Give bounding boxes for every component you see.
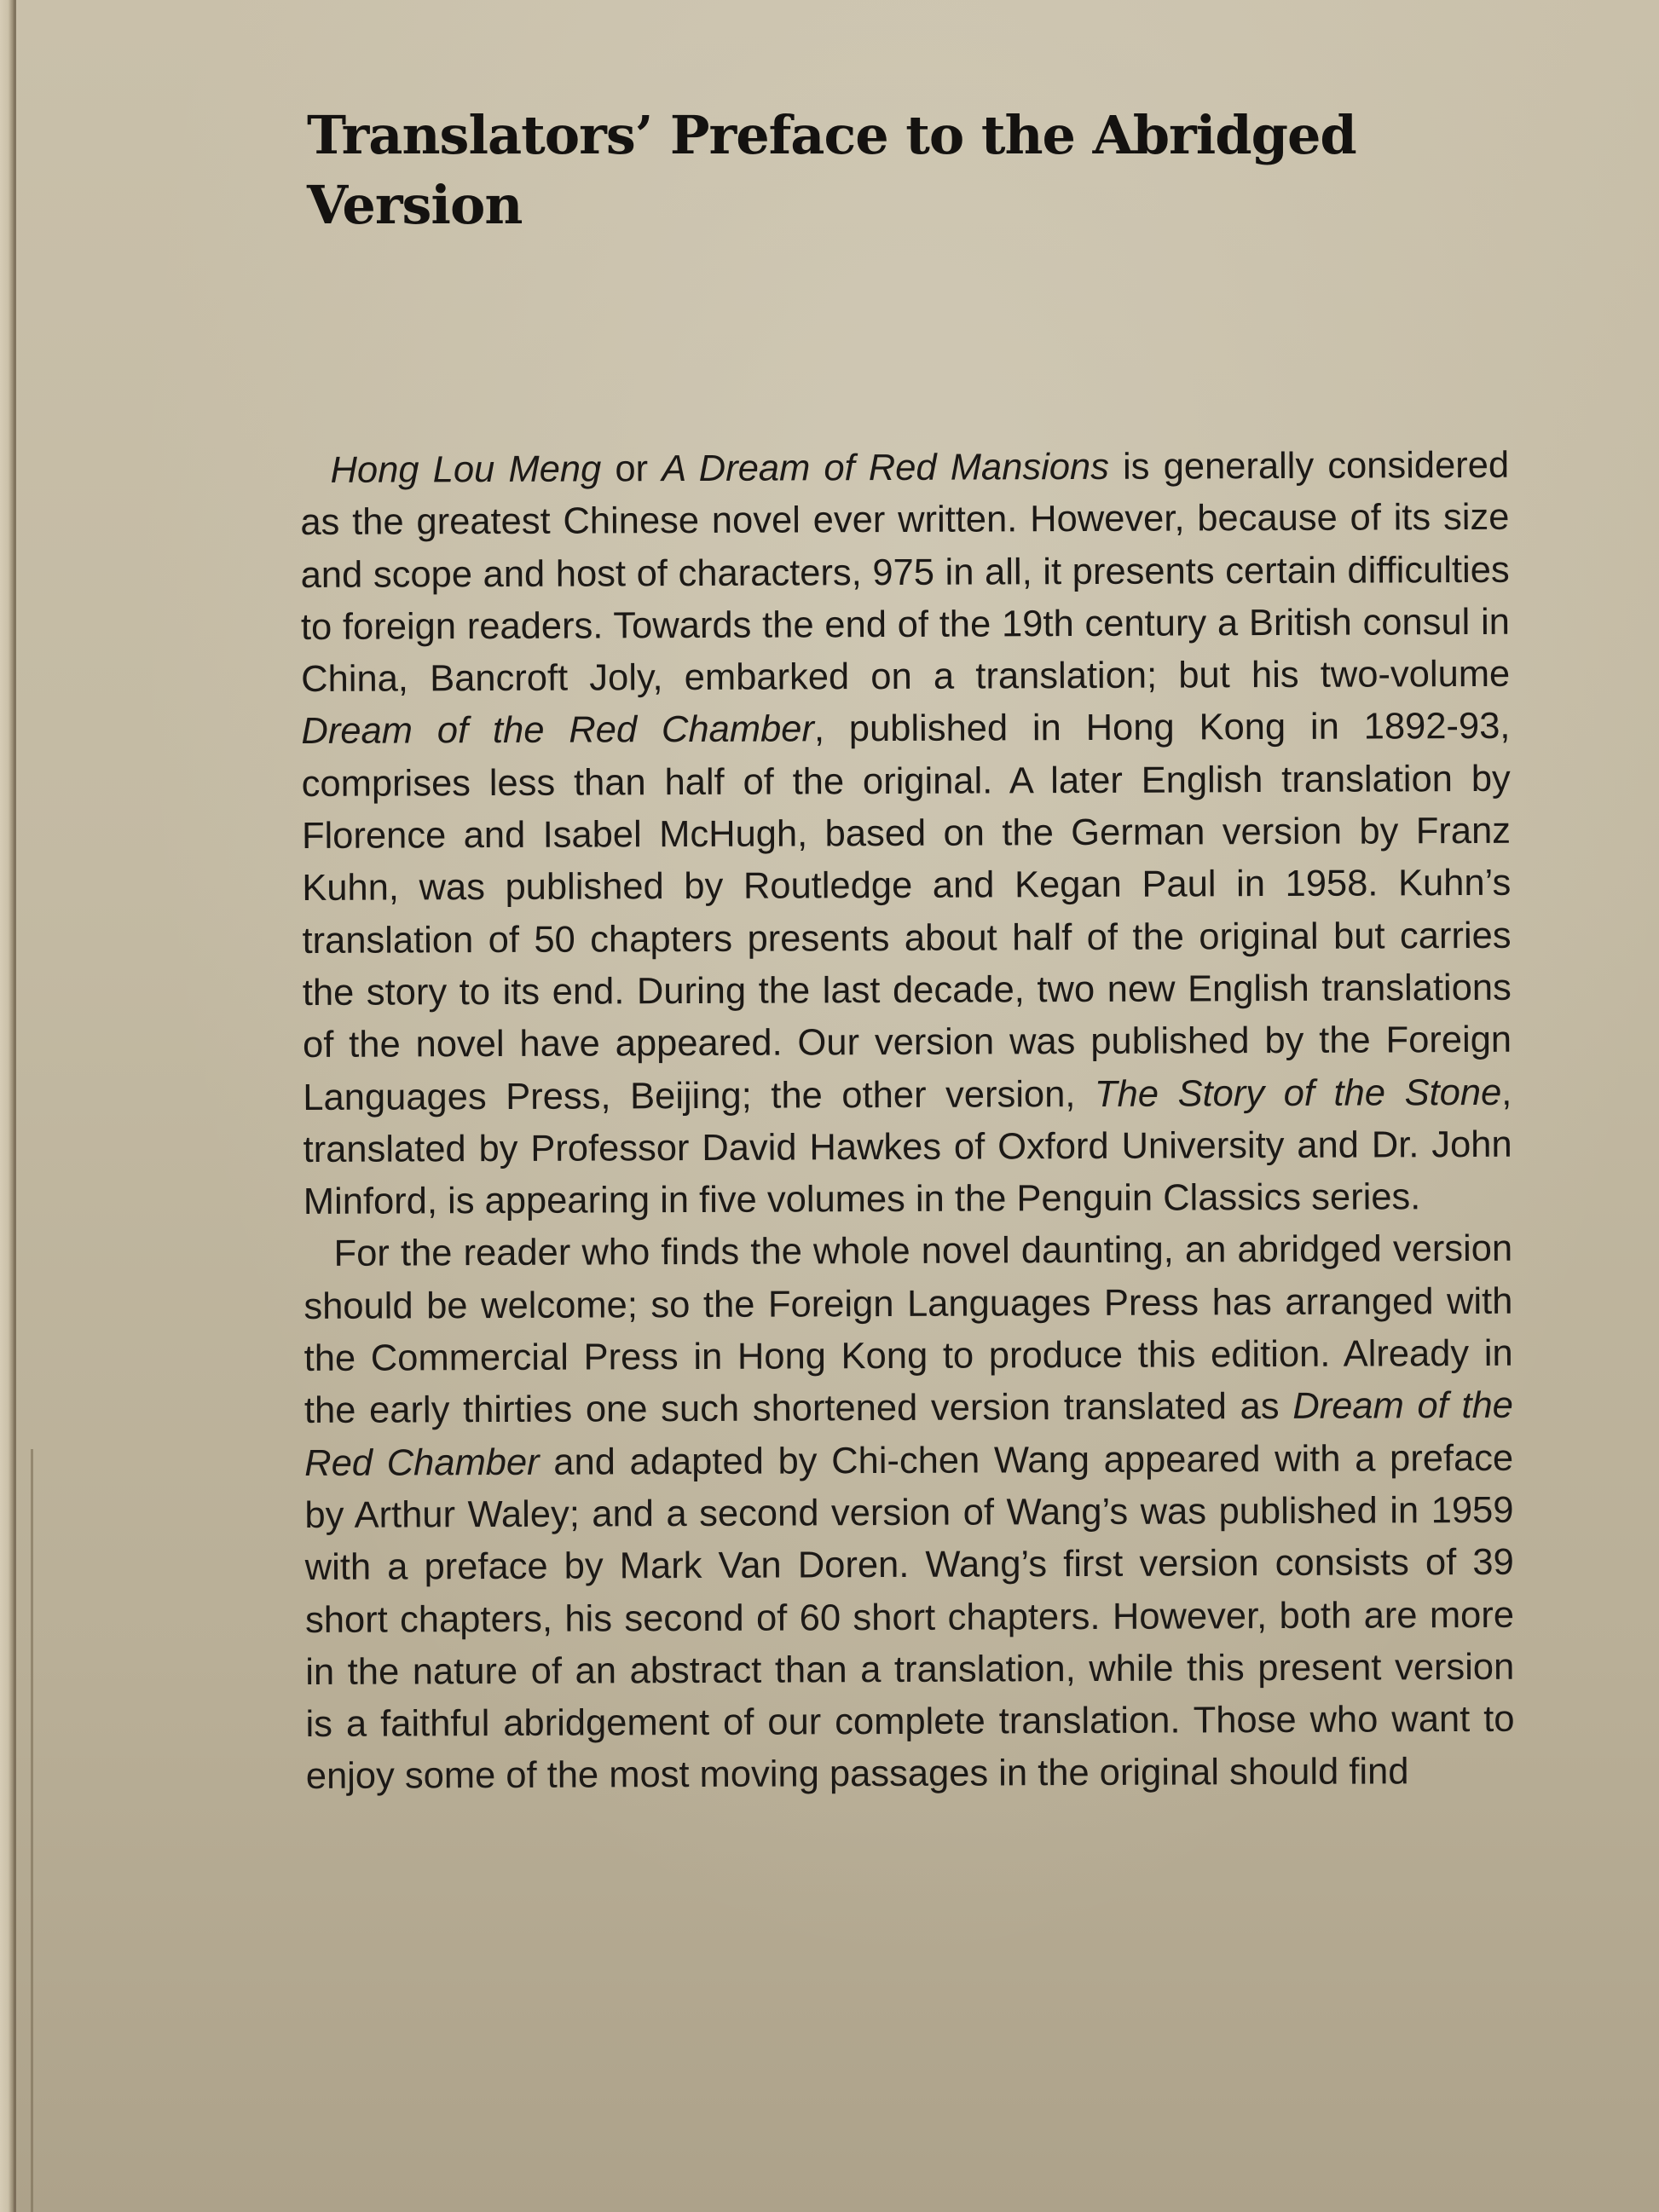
page-edge-shadow <box>31 1449 33 2212</box>
paragraph-1: Hong Lou Meng or A Dream of Red Mansions… <box>300 440 1512 1229</box>
book-page: Translators’ Preface to the Abridged Ver… <box>0 0 1659 2212</box>
gutter-line <box>14 0 16 2212</box>
book-title-italic: The Story of the Stone <box>1095 1071 1501 1114</box>
page-edge <box>0 0 14 2212</box>
book-title-italic: Hong Lou Meng <box>330 448 601 490</box>
preface-body: Hong Lou Meng or A Dream of Red Mansions… <box>300 440 1515 1804</box>
title-line-1: Translators’ Preface to the Abridged <box>307 104 1356 166</box>
title-line-2: Version <box>307 174 522 236</box>
paragraph-2: For the reader who finds the whole novel… <box>303 1223 1515 1803</box>
text-segment: or <box>601 448 662 489</box>
page-title: Translators’ Preface to the Abridged Ver… <box>307 101 1500 240</box>
text-segment: , published in Hong Kong in 1892-93, com… <box>302 706 1512 1118</box>
book-title-italic: Dream of the Red Chamber <box>301 709 814 753</box>
text-segment: and adapted by Chi-chen Wang appeared wi… <box>304 1437 1514 1797</box>
book-title-italic: A Dream of Red Mansions <box>662 447 1109 489</box>
